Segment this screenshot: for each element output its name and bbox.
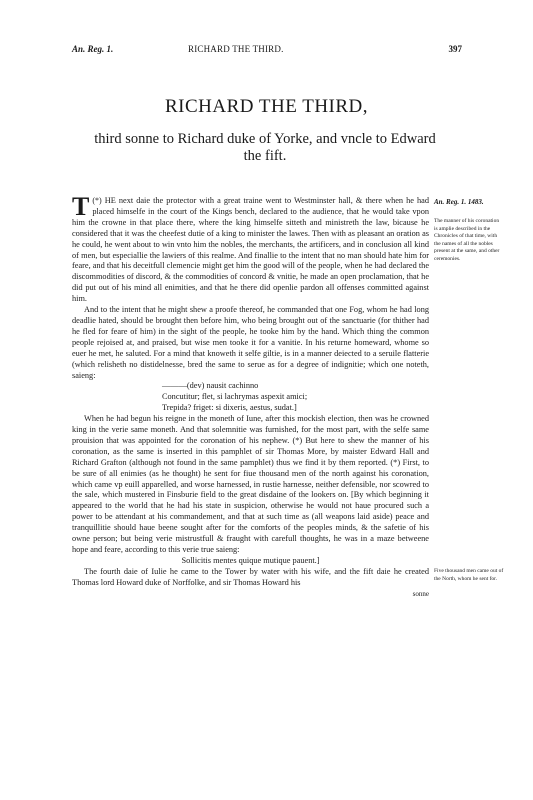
verse-line-3: Trepida? friget: si dixeris, aestus, sud… [72, 403, 429, 414]
body-text: (*) THE next daie the protector with a g… [72, 196, 429, 600]
margin-note-coronation: The manner of his coronation is amplie d… [434, 218, 504, 263]
paragraph-1-text: HE next daie the protector with a great … [72, 196, 429, 303]
paragraph-2: And to the intent that he might shew a p… [72, 305, 429, 381]
paragraph-4: The fourth daie of Iulie he came to the … [72, 567, 429, 589]
chapter-title: RICHARD THE THIRD, [0, 96, 533, 118]
verse-line-1: ———(dev) nausit cachinno [72, 381, 429, 392]
page-number: 397 [449, 44, 463, 54]
drop-cap: T [72, 197, 89, 217]
verse-line-2: Concutitur; flet, si lachrymas aspexit a… [72, 392, 429, 403]
margin-date: An. Reg. 1. 1483. [434, 198, 494, 207]
paragraph-3: When he had begun his reigne in the mone… [72, 414, 429, 556]
catchword: sonne [72, 589, 429, 600]
note-marker: (*) [92, 196, 101, 205]
running-title: RICHARD THE THIRD. [188, 44, 284, 54]
verse-line-4: Sollicitis mentes quique mutique pauent.… [72, 556, 429, 567]
regnal-year: An. Reg. 1. [72, 44, 113, 54]
chapter-subtitle: third sonne to Richard duke of Yorke, an… [90, 131, 440, 165]
margin-note-five-thousand: Five thousand men came out of the North,… [434, 568, 504, 583]
paragraph-1: (*) THE next daie the protector with a g… [72, 196, 429, 305]
running-head: An. Reg. 1. RICHARD THE THIRD. 397 [72, 44, 462, 58]
